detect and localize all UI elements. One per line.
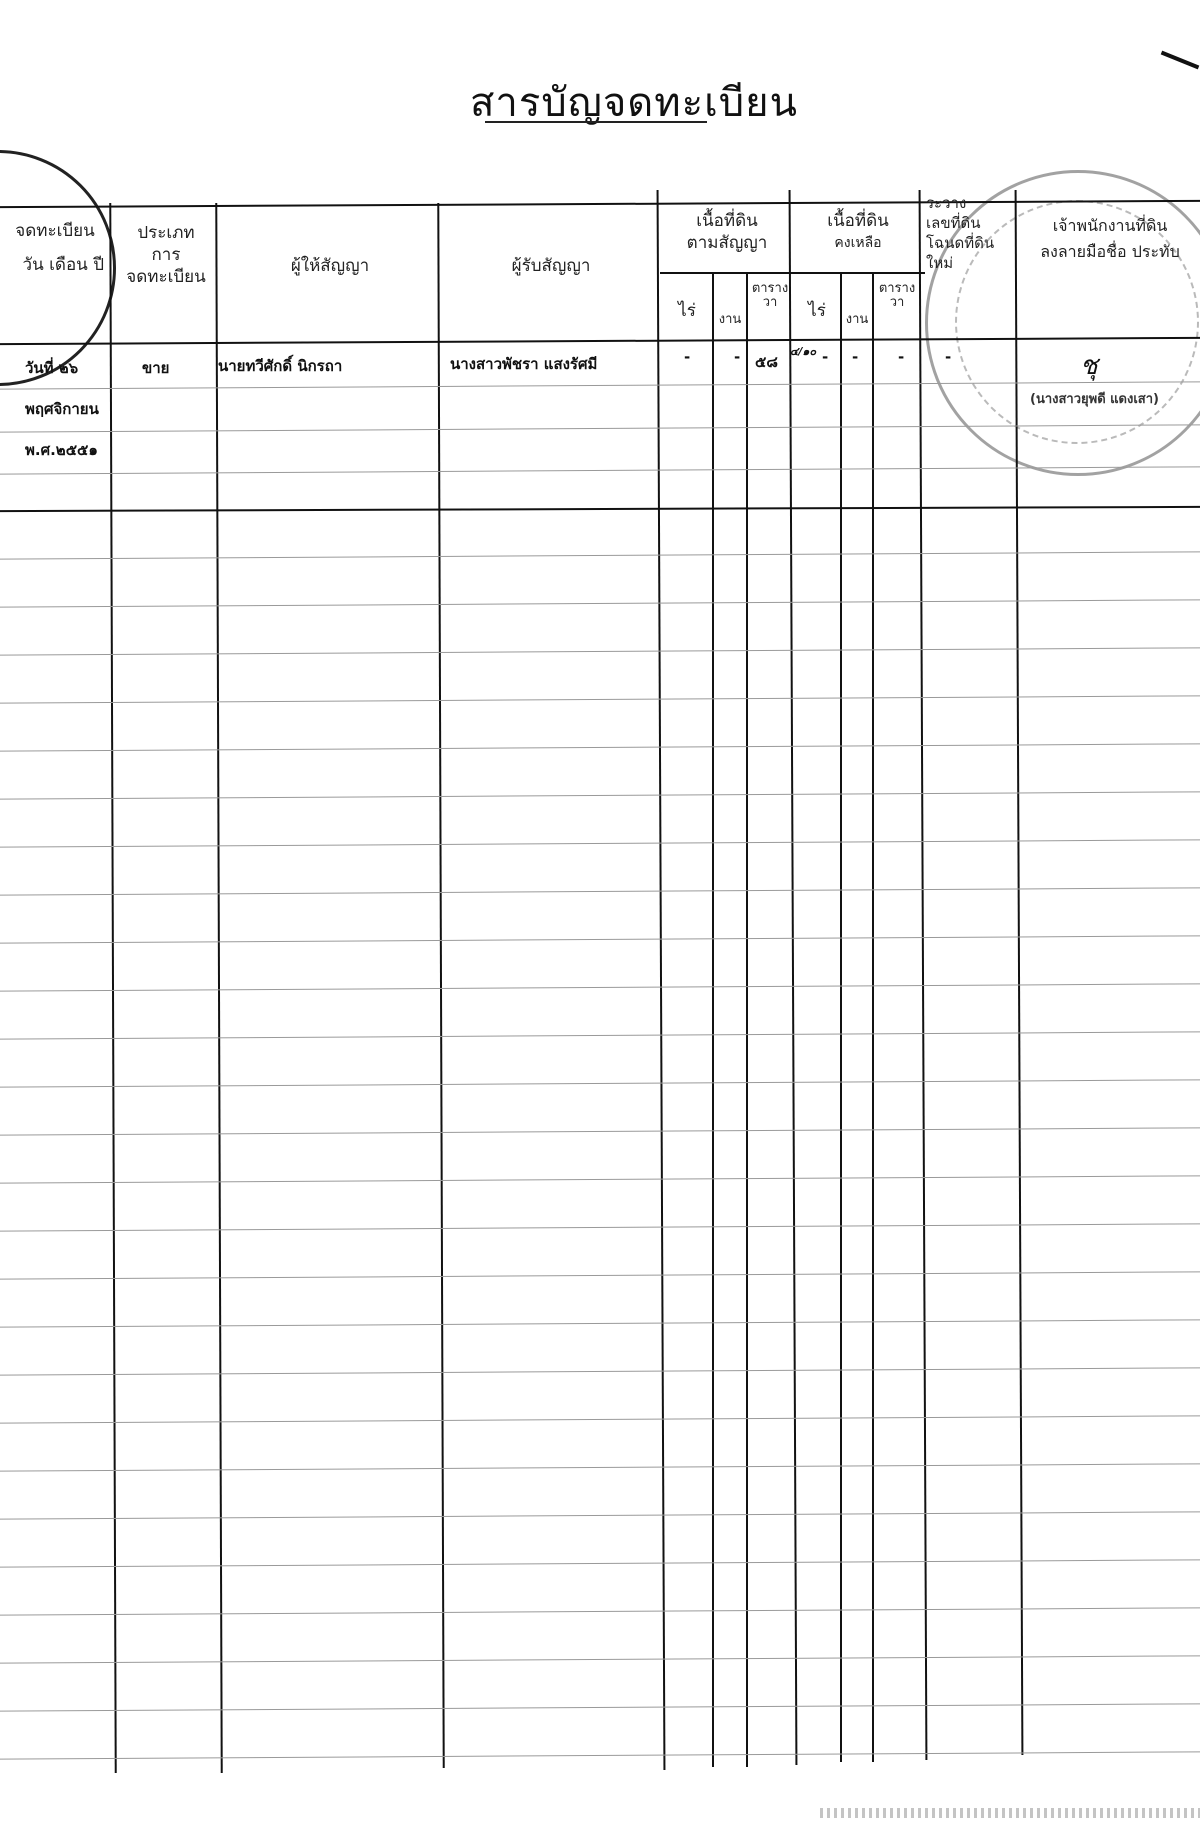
col-divider <box>840 272 842 1762</box>
ruled-line <box>0 1751 1200 1759</box>
header-area-remaining-ngan: งาน <box>842 313 872 327</box>
remaining-ngan: - <box>852 348 858 366</box>
header-area-contract: เนื้อที่ดิน ตามสัญญา <box>662 210 792 254</box>
header-area-remaining: เนื้อที่ดิน คงเหลือ <box>794 210 922 254</box>
header-area-contract-ngan: งาน <box>714 313 746 327</box>
header-officer: เจ้าพนักงานที่ดิน ลงลายมือชื่อ ประทับ <box>1020 215 1200 263</box>
officer-signature: ชุ <box>1080 345 1098 386</box>
ruled-line <box>0 647 1200 655</box>
header-grantor: ผู้ให้สัญญา <box>220 255 440 277</box>
header-area-remaining-sqwa: ตาราง วา <box>874 282 920 310</box>
ruled-line <box>0 1655 1200 1663</box>
scan-edge-noise <box>820 1808 1200 1818</box>
title-underline <box>485 121 707 123</box>
entry-date-line: พ.ศ.๒๕๕๑ <box>25 438 98 462</box>
area-group-divider-1 <box>660 272 795 274</box>
ruled-line <box>0 839 1200 847</box>
ruled-line <box>0 695 1200 703</box>
entry-grantor: นายทวีศักดิ์ นิกรถา <box>218 354 342 378</box>
document-title: สารบัญจดทะเบียน <box>470 70 798 134</box>
entry-date-line: พฤศจิกายน <box>25 397 99 421</box>
entry-date-line: วันที่ ๒๖ <box>25 356 78 380</box>
contract-sqwa: ๕๘ <box>755 350 778 374</box>
col-divider <box>746 272 748 1767</box>
header-area-remaining-rai: ไร่ <box>794 300 840 322</box>
ruled-line <box>0 887 1200 895</box>
col-divider <box>712 272 714 1767</box>
entry-type: ขาย <box>142 356 169 380</box>
officer-name: (นางสาวยุพดี แดงเสา) <box>1030 388 1159 409</box>
header-grantee: ผู้รับสัญญา <box>442 255 660 277</box>
header-registration-type: ประเภท การ จดทะเบียน <box>114 222 218 288</box>
header-area-contract-sqwa: ตาราง วา <box>748 282 792 310</box>
ruled-line <box>0 743 1200 751</box>
area-group-divider-2 <box>795 272 925 274</box>
new-parcel: - <box>945 348 951 366</box>
col-divider <box>872 272 874 1762</box>
remaining-rai: - <box>822 348 828 366</box>
col-divider <box>215 203 222 1773</box>
first-entry-bottom-border <box>0 506 1200 512</box>
contract-rai: - <box>684 348 690 366</box>
ruled-line <box>0 791 1200 799</box>
ruled-line <box>0 1703 1200 1711</box>
ruled-line <box>0 466 1200 474</box>
entry-grantee: นางสาวพัชรา แสงรัศมี <box>450 352 597 376</box>
ruled-line <box>0 599 1200 607</box>
contract-ngan: - <box>734 348 740 366</box>
col-divider <box>437 203 444 1768</box>
page-corner-mark <box>1161 51 1200 70</box>
remaining-sqwa: - <box>898 348 904 366</box>
col-divider <box>109 203 116 1773</box>
contract-sqwa-fraction: ๔/๑๐ <box>790 342 816 360</box>
ruled-line <box>0 935 1200 943</box>
header-new-parcel: ระวาง เลขที่ดิน โฉนดที่ดิน ใหม่ <box>926 193 1018 273</box>
header-area-contract-rai: ไร่ <box>662 300 712 322</box>
ruled-line <box>0 551 1200 559</box>
header-date: จดทะเบียน วัน เดือน ปี <box>0 220 110 276</box>
